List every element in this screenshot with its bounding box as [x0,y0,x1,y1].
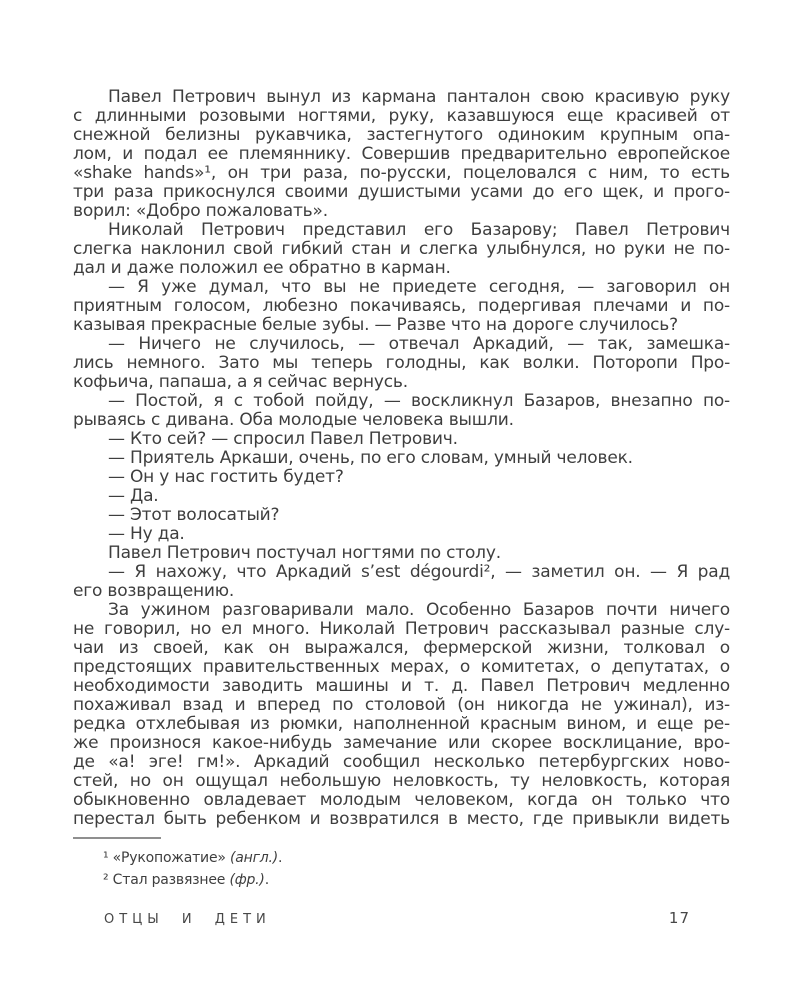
book-title-footer: ОТЦЫ И ДЕТИ [104,912,271,927]
text-line: — Ну да. [73,525,730,544]
footnote: ² Стал развязнее (фр.). [103,869,730,891]
text-line: — Кто сей? — спросил Павел Петрович. [73,430,730,449]
paragraph: За ужином разговаривали мало. Особенно Б… [73,601,730,829]
paragraph: — Кто сей? — спросил Павел Петрович. [73,430,730,449]
text-line: стей, но он ощущал небольшую неловкость,… [73,772,730,791]
text-line: предстоящих правительственных мерах, о к… [73,658,730,677]
footnote-text: «Рукопожатие» [108,850,230,866]
text-line: «shake hands»¹, он три раза, по-русски, … [73,164,730,183]
text-line: Павел Петрович постучал ногтями по столу… [73,544,730,563]
paragraph: Николай Петрович представил его Базарову… [73,221,730,278]
footnote-text: Стал развязнее [108,872,229,888]
text-line: с длинными розовыми ногтями, руку, казав… [73,107,730,126]
footnote-section: ¹ «Рукопожатие» (англ.). ² Стал развязне… [73,847,730,891]
text-line: необходимости заводить машины и т. д. Па… [73,677,730,696]
text-line: его возвращению. [73,582,730,601]
text-line: ворил: «Добро пожаловать». [73,202,730,221]
page-number: 17 [669,909,690,927]
text-line: снежной белизны рукавчика, застегнутого … [73,126,730,145]
text-line: — Я нахожу, что Аркадий s’est dégourdi²,… [73,563,730,582]
text-line: не говорил, но ел много. Николай Петрови… [73,620,730,639]
text-line: — Ничего не случилось, — отвечал Аркадий… [73,335,730,354]
footnote: ¹ «Рукопожатие» (англ.). [103,847,730,869]
paragraph: — Он у нас гостить будет? [73,468,730,487]
paragraph: Павел Петрович постучал ногтями по столу… [73,544,730,563]
text-line: слегка наклонил свой гибкий стан и слегк… [73,240,730,259]
footnote-divider [73,837,161,839]
text-line: лом, и подал ее племяннику. Совершив пре… [73,145,730,164]
paragraph: — Приятель Аркаши, очень, по его словам,… [73,449,730,468]
footnote-tail: . [278,850,282,866]
text-line: рываясь с дивана. Оба молодые человека в… [73,411,730,430]
paragraph: — Ничего не случилось, — отвечал Аркадий… [73,335,730,392]
book-page: Павел Петрович вынул из кармана панталон… [0,0,800,1000]
page-text: Павел Петрович вынул из кармана панталон… [73,88,730,829]
text-line: — Он у нас гостить будет? [73,468,730,487]
text-line: Павел Петрович вынул из кармана панталон… [73,88,730,107]
paragraph: — Ну да. [73,525,730,544]
footnote-lang: (англ.) [230,850,278,866]
text-line: обыкновенно овладевает молодым человеком… [73,791,730,810]
text-line: дал и даже положил ее обратно в карман. [73,259,730,278]
running-footer: ОТЦЫ И ДЕТИ 17 [73,909,730,927]
text-line: редка отхлебывая из рюмки, наполненной к… [73,715,730,734]
text-line: приятным голосом, любезно покачиваясь, п… [73,297,730,316]
paragraph: — Постой, я с тобой пойду, — воскликнул … [73,392,730,430]
text-line: перестал быть ребенком и возвратился в м… [73,810,730,829]
text-line: три раза прикоснулся своими душистыми ус… [73,183,730,202]
text-line: кофьича, папаша, а я сейчас вернусь. [73,373,730,392]
text-line: — Приятель Аркаши, очень, по его словам,… [73,449,730,468]
text-line: де «а! эге! гм!». Аркадий сообщил нескол… [73,753,730,772]
paragraph: — Да. [73,487,730,506]
text-line: — Постой, я с тобой пойду, — воскликнул … [73,392,730,411]
text-line: же произнося какое-нибудь замечание или … [73,734,730,753]
text-line: За ужином разговаривали мало. Особенно Б… [73,601,730,620]
text-line: — Я уже думал, что вы не приедете сегодн… [73,278,730,297]
paragraph: — Этот волосатый? [73,506,730,525]
text-line: похаживал взад и вперед по столовой (он … [73,696,730,715]
text-line: — Этот волосатый? [73,506,730,525]
footnote-tail: . [265,872,269,888]
paragraph: — Я нахожу, что Аркадий s’est dégourdi²,… [73,563,730,601]
paragraph: Павел Петрович вынул из кармана панталон… [73,88,730,221]
text-line: чаи из своей, как он выражался, фермерск… [73,639,730,658]
text-line: казывая прекрасные белые зубы. — Разве ч… [73,316,730,335]
text-line: лись немного. Зато мы теперь голодны, ка… [73,354,730,373]
text-line: — Да. [73,487,730,506]
text-line: Николай Петрович представил его Базарову… [73,221,730,240]
paragraph: — Я уже думал, что вы не приедете сегодн… [73,278,730,335]
footnote-lang: (фр.) [229,872,264,888]
